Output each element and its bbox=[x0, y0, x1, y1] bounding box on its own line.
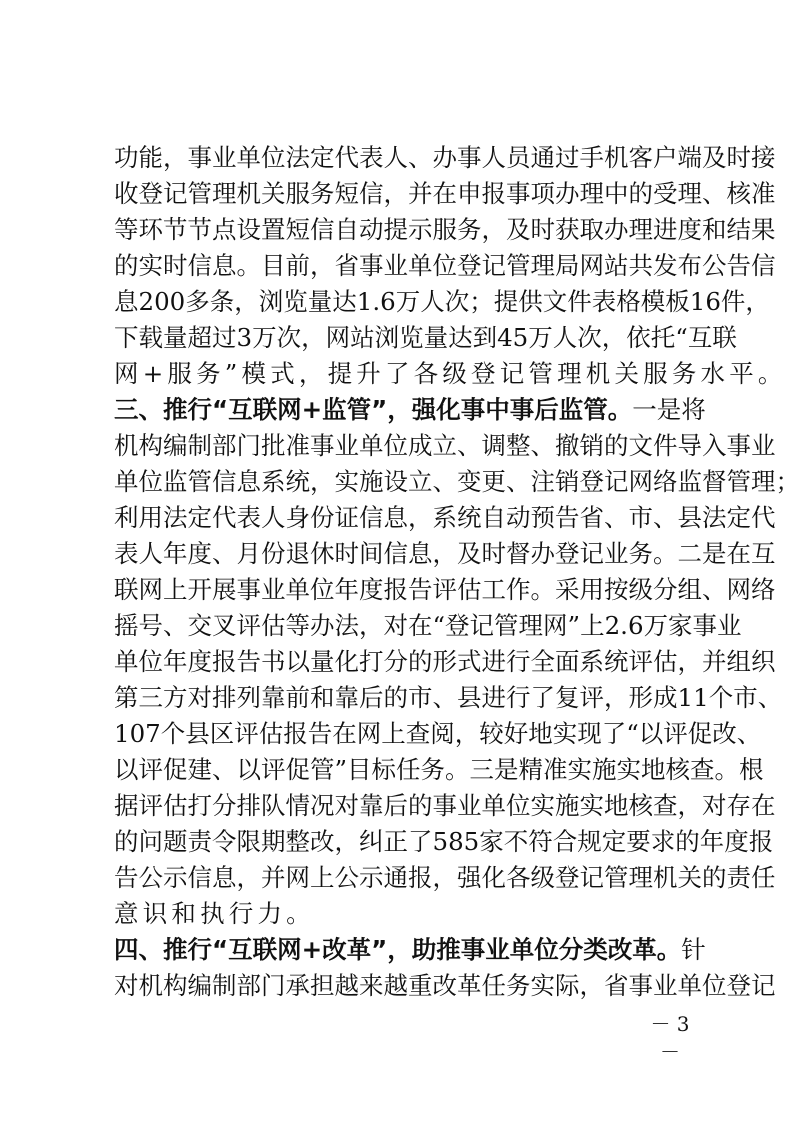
text-glyph: 事 bbox=[693, 608, 718, 644]
text-glyph: 平 bbox=[729, 356, 754, 392]
text-glyph: 令 bbox=[212, 824, 237, 860]
text-glyph: 建 bbox=[188, 752, 213, 788]
text-glyph: 是 bbox=[657, 392, 682, 428]
text-glyph: 立 bbox=[433, 428, 458, 464]
text-glyph: 信 bbox=[212, 464, 237, 500]
text-glyph: 量 bbox=[424, 320, 449, 356]
text-glyph: 实 bbox=[580, 788, 605, 824]
text-glyph: 事 bbox=[310, 428, 335, 464]
text-glyph: 机 bbox=[237, 176, 262, 212]
text-glyph: 、 bbox=[604, 500, 629, 536]
text-glyph: 信 bbox=[310, 212, 335, 248]
text-line: 以评促建、以评促管”目标任务。三是精准实施实地核查。根 bbox=[114, 752, 682, 788]
text-glyph: 业 bbox=[384, 248, 409, 284]
text-glyph: ； bbox=[776, 464, 794, 500]
text-glyph: 前 bbox=[286, 248, 311, 284]
text-glyph: ， bbox=[237, 860, 262, 896]
text-glyph: 动 bbox=[359, 212, 384, 248]
text-glyph: 。 bbox=[715, 752, 740, 788]
text-glyph: 用 bbox=[580, 572, 605, 608]
text-glyph: 告 bbox=[555, 500, 580, 536]
text-glyph: 形 bbox=[629, 680, 654, 716]
text-glyph: 纠 bbox=[359, 824, 384, 860]
text-glyph: 信 bbox=[384, 536, 409, 572]
text-glyph: 、 bbox=[212, 536, 237, 572]
text-glyph: 第 bbox=[114, 680, 139, 716]
text-glyph: 采 bbox=[555, 572, 580, 608]
text-glyph: 息 bbox=[212, 248, 237, 284]
text-glyph: 阅 bbox=[430, 716, 455, 752]
text-glyph: 管 bbox=[188, 464, 213, 500]
text-glyph: 摇 bbox=[114, 608, 139, 644]
text-glyph: “ bbox=[212, 392, 228, 428]
text-glyph: 网 bbox=[139, 572, 164, 608]
text-glyph: 理 bbox=[751, 464, 776, 500]
text-glyph: 端 bbox=[678, 140, 703, 176]
text-glyph: 面 bbox=[555, 644, 580, 680]
text-glyph: 万 bbox=[644, 608, 669, 644]
text-glyph: 地 bbox=[528, 716, 553, 752]
text-glyph: 监 bbox=[322, 392, 347, 428]
text-glyph: 识 bbox=[143, 896, 168, 932]
text-glyph: 记 bbox=[604, 464, 629, 500]
text-line: 下载量超过3万次，网站浏览量达到45万人次，依托“互联 bbox=[114, 320, 682, 356]
text-glyph: 了 bbox=[602, 716, 627, 752]
text-glyph: ” bbox=[568, 608, 581, 644]
text-glyph: 导 bbox=[678, 428, 703, 464]
text-glyph: 联 bbox=[253, 392, 278, 428]
text-glyph: 上 bbox=[163, 572, 188, 608]
text-glyph: 管 bbox=[310, 752, 335, 788]
text-glyph: 登 bbox=[580, 464, 605, 500]
text-glyph: 、 bbox=[212, 752, 237, 788]
text-line: 息200多条，浏览量达1.6万人次；提供文件表格模板16件， bbox=[114, 284, 682, 320]
text-glyph: 级 bbox=[629, 572, 654, 608]
text-glyph: 示 bbox=[359, 860, 384, 896]
text-glyph: 较 bbox=[479, 716, 504, 752]
text-glyph: 量 bbox=[308, 284, 333, 320]
text-glyph: 排 bbox=[237, 788, 262, 824]
text-glyph: 理 bbox=[519, 608, 544, 644]
text-glyph: 、 bbox=[653, 500, 678, 536]
text-glyph: 人 bbox=[139, 536, 164, 572]
text-glyph: 革 bbox=[632, 932, 657, 968]
text-glyph: 理 bbox=[531, 248, 556, 284]
text-glyph: 监 bbox=[559, 392, 584, 428]
text-glyph: 推 bbox=[163, 392, 188, 428]
text-glyph: ， bbox=[384, 176, 409, 212]
text-glyph: 管 bbox=[528, 356, 553, 392]
text-glyph: 来 bbox=[359, 968, 384, 1004]
text-glyph: 位 bbox=[261, 140, 286, 176]
text-glyph: 的 bbox=[675, 824, 700, 860]
text-glyph: 网 bbox=[727, 572, 752, 608]
text-glyph: 位 bbox=[310, 572, 335, 608]
text-glyph: 促 bbox=[163, 752, 188, 788]
text-glyph: 越 bbox=[384, 968, 409, 1004]
text-glyph: 管 bbox=[604, 860, 629, 896]
text-glyph: 办 bbox=[433, 140, 458, 176]
text-glyph: 11 bbox=[678, 680, 709, 716]
text-glyph: 水 bbox=[701, 356, 726, 392]
text-glyph: 报 bbox=[482, 176, 507, 212]
text-glyph: ， bbox=[387, 392, 412, 428]
text-glyph: 表 bbox=[359, 140, 384, 176]
text-glyph: 事 bbox=[433, 788, 458, 824]
text-glyph: 实 bbox=[531, 968, 556, 1004]
text-glyph: 业 bbox=[485, 932, 510, 968]
text-glyph: 、 bbox=[758, 680, 783, 716]
text-glyph: 并 bbox=[702, 644, 727, 680]
text-glyph: 功 bbox=[114, 140, 139, 176]
text-glyph: 果 bbox=[751, 212, 776, 248]
text-glyph: 网 bbox=[286, 860, 311, 896]
text-glyph: 及 bbox=[702, 140, 727, 176]
text-glyph: 网 bbox=[277, 932, 302, 968]
text-glyph: 人 bbox=[420, 284, 445, 320]
text-glyph: 对 bbox=[702, 788, 727, 824]
text-glyph: 接 bbox=[751, 140, 776, 176]
text-glyph: 息 bbox=[237, 464, 262, 500]
text-glyph: 省 bbox=[604, 968, 629, 1004]
text-glyph: 织 bbox=[751, 644, 776, 680]
text-glyph: 登 bbox=[555, 860, 580, 896]
text-glyph: 展 bbox=[212, 572, 237, 608]
text-glyph: 。 bbox=[653, 536, 678, 572]
text-glyph: 位 bbox=[702, 968, 727, 1004]
text-glyph: 。 bbox=[608, 392, 633, 428]
text-glyph: 式 bbox=[457, 644, 482, 680]
text-glyph: 发 bbox=[653, 248, 678, 284]
text-glyph: 越 bbox=[335, 968, 360, 1004]
text-glyph: 管 bbox=[188, 176, 213, 212]
text-glyph: 、 bbox=[702, 572, 727, 608]
text-glyph: 理 bbox=[557, 356, 582, 392]
text-glyph: 200 bbox=[139, 284, 186, 320]
text-glyph: 107 bbox=[114, 716, 161, 752]
text-glyph: 自 bbox=[335, 212, 360, 248]
text-glyph: 机 bbox=[139, 968, 164, 1004]
text-glyph: 推 bbox=[163, 932, 188, 968]
text-glyph: 存 bbox=[727, 788, 752, 824]
text-glyph: “ bbox=[212, 932, 228, 968]
text-glyph: 施 bbox=[555, 788, 580, 824]
text-glyph: 部 bbox=[212, 428, 237, 464]
text-glyph: 浏 bbox=[375, 320, 400, 356]
text-glyph: 准 bbox=[543, 752, 568, 788]
text-glyph: 超 bbox=[188, 320, 213, 356]
text-glyph: 记 bbox=[482, 248, 507, 284]
text-glyph: ， bbox=[301, 320, 326, 356]
text-glyph: 络 bbox=[751, 572, 776, 608]
text-glyph: 定 bbox=[602, 824, 627, 860]
text-glyph: 各 bbox=[414, 356, 439, 392]
text-glyph: 更 bbox=[482, 464, 507, 500]
text-glyph: 年 bbox=[700, 824, 725, 860]
text-glyph: 对 bbox=[114, 968, 139, 1004]
text-glyph: 四 bbox=[114, 932, 139, 968]
text-glyph: ， bbox=[310, 464, 335, 500]
text-glyph: 核 bbox=[629, 788, 654, 824]
text-glyph: 机 bbox=[653, 860, 678, 896]
text-glyph: 估 bbox=[653, 644, 678, 680]
text-glyph: 促 bbox=[688, 716, 713, 752]
text-line: 机构编制部门批准事业单位成立、调整、撤销的文件导入事业 bbox=[114, 428, 682, 464]
text-glyph: 板 bbox=[665, 284, 690, 320]
document-page: 功能，事业单位法定代表人、办事人员通过手机客户端及时接收登记管理机关服务短信，并… bbox=[0, 0, 794, 1123]
text-glyph: 中 bbox=[604, 176, 629, 212]
text-glyph: 法 bbox=[335, 608, 360, 644]
text-glyph: 网 bbox=[629, 464, 654, 500]
text-glyph: 文 bbox=[629, 428, 654, 464]
text-glyph: 提 bbox=[328, 356, 353, 392]
text-glyph: 关 bbox=[678, 860, 703, 896]
text-glyph: 业 bbox=[751, 428, 776, 464]
text-glyph: 。 bbox=[531, 572, 556, 608]
text-glyph: 人 bbox=[384, 140, 409, 176]
text-glyph: 求 bbox=[651, 824, 676, 860]
text-glyph: 依 bbox=[626, 320, 651, 356]
text-glyph: 网 bbox=[580, 248, 605, 284]
text-glyph: 革 bbox=[457, 968, 482, 1004]
text-glyph: 市 bbox=[733, 680, 758, 716]
text-glyph: 下 bbox=[114, 320, 139, 356]
text-glyph: 提 bbox=[384, 212, 409, 248]
text-glyph: 受 bbox=[653, 176, 678, 212]
text-glyph: 作 bbox=[506, 572, 531, 608]
text-glyph: 事 bbox=[727, 428, 752, 464]
text-glyph: 要 bbox=[626, 824, 651, 860]
text-glyph: 员 bbox=[506, 140, 531, 176]
text-glyph: 585 bbox=[433, 824, 480, 860]
text-glyph: 统 bbox=[457, 500, 482, 536]
text-line: 利用法定代表人身份证信息，系统自动预告省、市、县法定代 bbox=[114, 500, 682, 536]
text-glyph: 现 bbox=[577, 716, 602, 752]
text-glyph: 模 bbox=[242, 356, 267, 392]
text-glyph: 机 bbox=[604, 140, 629, 176]
text-glyph: 报 bbox=[283, 716, 308, 752]
text-glyph: 评 bbox=[580, 680, 605, 716]
text-glyph: 监 bbox=[678, 464, 703, 500]
text-glyph: 县 bbox=[457, 680, 482, 716]
text-glyph: 网 bbox=[114, 356, 139, 392]
text-glyph: 进 bbox=[482, 644, 507, 680]
text-glyph: ， bbox=[335, 824, 360, 860]
text-glyph: 目 bbox=[347, 752, 372, 788]
text-glyph: 评 bbox=[629, 644, 654, 680]
text-glyph: 和 bbox=[310, 680, 335, 716]
text-glyph: 。 bbox=[445, 752, 470, 788]
text-line: 功能，事业单位法定代表人、办事人员通过手机客户端及时接 bbox=[114, 140, 682, 176]
text-glyph: 组 bbox=[727, 644, 752, 680]
text-glyph: 、 bbox=[139, 392, 164, 428]
text-glyph: 位 bbox=[433, 248, 458, 284]
text-glyph: 结 bbox=[727, 212, 752, 248]
text-glyph: 评 bbox=[234, 716, 259, 752]
text-glyph: 地 bbox=[604, 788, 629, 824]
text-glyph: 预 bbox=[531, 500, 556, 536]
text-glyph: 评 bbox=[663, 716, 688, 752]
text-glyph: 调 bbox=[482, 428, 507, 464]
text-glyph: 题 bbox=[163, 824, 188, 860]
text-glyph: 并 bbox=[261, 860, 286, 896]
text-glyph: 工 bbox=[482, 572, 507, 608]
text-glyph: 省 bbox=[335, 248, 360, 284]
text-glyph: 次 bbox=[277, 320, 302, 356]
text-glyph: 览 bbox=[399, 320, 424, 356]
text-glyph: 助 bbox=[412, 932, 437, 968]
text-glyph: 分 bbox=[653, 572, 678, 608]
text-glyph: ， bbox=[299, 356, 324, 392]
text-glyph: 务 bbox=[506, 968, 531, 1004]
text-glyph: ， bbox=[745, 284, 770, 320]
text-glyph: + bbox=[143, 356, 164, 392]
text-glyph: 标 bbox=[372, 752, 397, 788]
text-glyph: ， bbox=[408, 500, 433, 536]
text-glyph: 以 bbox=[237, 752, 262, 788]
text-glyph: 对 bbox=[188, 680, 213, 716]
text-glyph: 力 bbox=[257, 896, 282, 932]
text-glyph: 叉 bbox=[212, 608, 237, 644]
text-glyph: 形 bbox=[433, 644, 458, 680]
text-line: 收登记管理机关服务短信，并在申报事项办理中的受理、核准 bbox=[114, 176, 682, 212]
text-glyph: 门 bbox=[261, 968, 286, 1004]
text-glyph: 后 bbox=[384, 788, 409, 824]
text-glyph: 年 bbox=[335, 572, 360, 608]
text-glyph: 办 bbox=[310, 608, 335, 644]
text-glyph: 登 bbox=[139, 176, 164, 212]
text-glyph: 位 bbox=[139, 644, 164, 680]
text-glyph: 任 bbox=[751, 860, 776, 896]
text-glyph: ” bbox=[335, 752, 348, 788]
text-glyph: 事 bbox=[629, 968, 654, 1004]
text-glyph: 革 bbox=[347, 932, 372, 968]
text-glyph: 变 bbox=[457, 464, 482, 500]
text-glyph: 及 bbox=[506, 212, 531, 248]
text-line: 单位年度报告书以量化打分的形式进行全面系统评估，并组织 bbox=[114, 644, 682, 680]
text-glyph: 规 bbox=[577, 824, 602, 860]
text-glyph: 业 bbox=[653, 968, 678, 1004]
text-glyph: 关 bbox=[614, 356, 639, 392]
text-glyph: 收 bbox=[114, 176, 139, 212]
text-glyph: 互 bbox=[688, 320, 713, 356]
body-text: 功能，事业单位法定代表人、办事人员通过手机客户端及时接收登记管理机关服务短信，并… bbox=[114, 140, 682, 1004]
text-glyph: 改 bbox=[712, 716, 737, 752]
text-glyph: 示 bbox=[408, 212, 433, 248]
text-glyph: 推 bbox=[436, 932, 461, 968]
text-glyph: 估 bbox=[163, 788, 188, 824]
text-glyph: 进 bbox=[653, 212, 678, 248]
text-glyph: ， bbox=[433, 860, 458, 896]
text-glyph: 强 bbox=[412, 392, 437, 428]
text-glyph: 复 bbox=[555, 680, 580, 716]
text-glyph: 业 bbox=[335, 428, 360, 464]
text-glyph: 次 bbox=[577, 320, 602, 356]
text-glyph: 代 bbox=[212, 500, 237, 536]
text-glyph: 打 bbox=[188, 788, 213, 824]
text-glyph: 条 bbox=[210, 284, 235, 320]
text-glyph: 情 bbox=[286, 788, 311, 824]
text-glyph: 量 bbox=[163, 320, 188, 356]
text-glyph: 信 bbox=[359, 500, 384, 536]
text-glyph: 门 bbox=[237, 428, 262, 464]
text-glyph: 手 bbox=[580, 140, 605, 176]
text-glyph: 户 bbox=[653, 140, 678, 176]
text-glyph: 告 bbox=[727, 248, 752, 284]
text-glyph: 估 bbox=[259, 716, 284, 752]
text-glyph: 际 bbox=[555, 968, 580, 1004]
text-glyph: 网 bbox=[543, 608, 568, 644]
text-glyph: 理 bbox=[580, 176, 605, 212]
text-glyph: 托 bbox=[651, 320, 676, 356]
text-glyph: 记 bbox=[580, 860, 605, 896]
text-glyph: ； bbox=[469, 284, 494, 320]
text-glyph: 在 bbox=[727, 536, 752, 572]
text-glyph: 网 bbox=[326, 320, 351, 356]
text-glyph: 事 bbox=[506, 176, 531, 212]
text-glyph: 务 bbox=[629, 536, 654, 572]
text-glyph: 批 bbox=[261, 428, 286, 464]
text-glyph: 45 bbox=[497, 320, 528, 356]
text-glyph: 定 bbox=[188, 500, 213, 536]
text-glyph: 万 bbox=[252, 320, 277, 356]
text-glyph: 关 bbox=[261, 176, 286, 212]
text-glyph: 、 bbox=[433, 680, 458, 716]
text-glyph: 年 bbox=[163, 644, 188, 680]
text-glyph: 期 bbox=[261, 824, 286, 860]
text-glyph: 改 bbox=[322, 932, 347, 968]
text-line: 联网上开展事业单位年度报告评估工作。采用按级分组、网络 bbox=[114, 572, 682, 608]
text-glyph: 网 bbox=[277, 392, 302, 428]
text-glyph: 市 bbox=[408, 680, 433, 716]
text-glyph: ， bbox=[602, 320, 627, 356]
text-glyph: 务 bbox=[196, 356, 221, 392]
text-glyph: 报 bbox=[212, 644, 237, 680]
text-glyph: 以 bbox=[286, 644, 311, 680]
text-glyph: 三 bbox=[139, 680, 164, 716]
text-line: 四、推行“互联网+改革”，助推事业单位分类改革。针 bbox=[114, 932, 682, 968]
text-glyph: 办 bbox=[604, 212, 629, 248]
text-glyph: 上 bbox=[381, 716, 406, 752]
text-glyph: 管 bbox=[506, 248, 531, 284]
text-glyph: 实 bbox=[531, 788, 556, 824]
text-glyph: 评 bbox=[237, 608, 262, 644]
text-glyph: 执 bbox=[200, 896, 225, 932]
text-glyph: ， bbox=[482, 212, 507, 248]
text-glyph: 责 bbox=[727, 860, 752, 896]
text-glyph: 取 bbox=[580, 212, 605, 248]
text-glyph: 担 bbox=[310, 968, 335, 1004]
text-glyph: 2.6 bbox=[605, 608, 644, 644]
text-glyph: 对 bbox=[335, 788, 360, 824]
text-glyph: 事 bbox=[457, 140, 482, 176]
text-glyph: 务 bbox=[457, 212, 482, 248]
text-glyph: 事 bbox=[359, 248, 384, 284]
text-glyph: 管 bbox=[583, 392, 608, 428]
text-glyph: 施 bbox=[592, 752, 617, 788]
text-glyph: 级 bbox=[531, 860, 556, 896]
text-glyph: 准 bbox=[751, 176, 776, 212]
text-glyph: 了 bbox=[531, 680, 556, 716]
text-glyph: 代 bbox=[751, 500, 776, 536]
text-glyph: 核 bbox=[727, 176, 752, 212]
text-glyph: 能 bbox=[139, 140, 164, 176]
text-glyph: 登 bbox=[727, 968, 752, 1004]
text-glyph: 万 bbox=[396, 284, 421, 320]
text-glyph: 升 bbox=[356, 356, 381, 392]
text-glyph: 站 bbox=[350, 320, 375, 356]
text-glyph: 信 bbox=[751, 248, 776, 284]
